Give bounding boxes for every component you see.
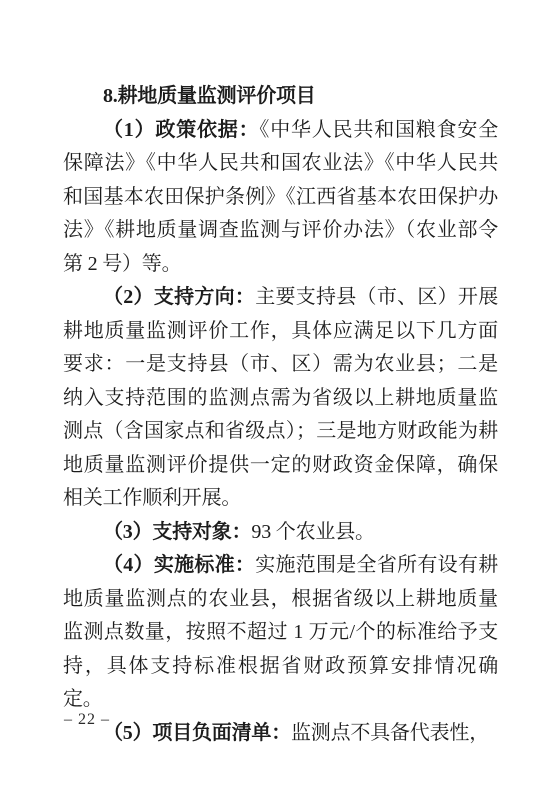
paragraph-label: （3）支持对象： — [103, 521, 251, 543]
paragraph-text: 监测点不具备代表性， — [291, 722, 489, 744]
page-number: – 22 – — [64, 708, 110, 732]
paragraph-text: 《中华人民共和国粮食安全保障法》《中华人民共和国农业法》《中华人民共和国基本农田… — [63, 119, 498, 275]
section-heading: 8.耕地质量监测评价项目 — [63, 80, 498, 114]
paragraph-label: （5）项目负面清单： — [103, 722, 291, 744]
paragraph-label: （1）政策依据： — [103, 119, 259, 141]
paragraph-label: （4）实施标准： — [103, 554, 255, 576]
paragraph-policy-basis: （1）政策依据：《中华人民共和国粮食安全保障法》《中华人民共和国农业法》《中华人… — [63, 114, 498, 282]
paragraph-label: （2）支持方向： — [103, 286, 255, 308]
paragraph-implementation-standard: （4）实施标准：实施范围是全省所有设有耕地质量监测点的农业县，根据省级以上耕地质… — [63, 549, 498, 717]
paragraph-support-target: （3）支持对象：93 个农业县。 — [63, 516, 498, 550]
paragraph-negative-list: （5）项目负面清单：监测点不具备代表性， — [63, 717, 498, 751]
paragraph-text: 93 个农业县。 — [251, 521, 374, 543]
paragraph-text: 主要支持县（市、区）开展耕地质量监测评价工作，具体应满足以下几方面要求：一是支持… — [63, 286, 498, 509]
document-page: 8.耕地质量监测评价项目 （1）政策依据：《中华人民共和国粮食安全保障法》《中华… — [0, 0, 559, 793]
document-body: 8.耕地质量监测评价项目 （1）政策依据：《中华人民共和国粮食安全保障法》《中华… — [63, 80, 498, 750]
paragraph-text: 实施范围是全省所有设有耕地质量监测点的农业县，根据省级以上耕地质量监测点数量，按… — [63, 554, 498, 710]
paragraph-support-direction: （2）支持方向：主要支持县（市、区）开展耕地质量监测评价工作，具体应满足以下几方… — [63, 281, 498, 516]
